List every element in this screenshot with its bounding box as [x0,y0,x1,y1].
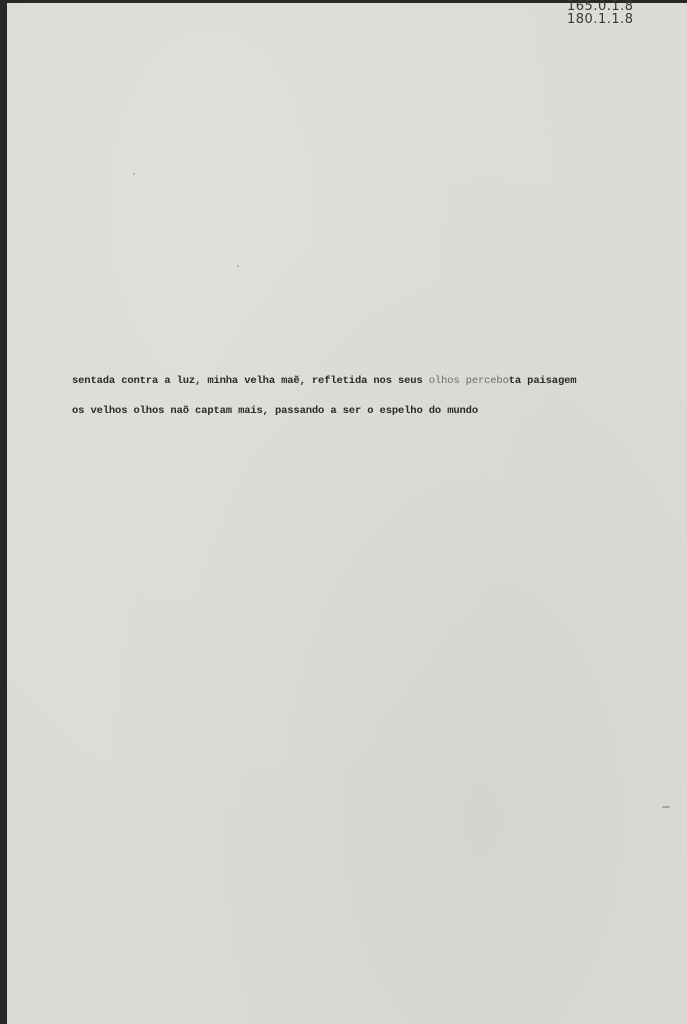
typed-line-1-faint: olhos percebo [429,375,509,387]
scanned-document: 165.0.1.8 180.1.1.8 sentada contra a luz… [0,0,687,1024]
typed-line-1-main: sentada contra a luz, minha velha maẽ, r… [72,375,429,387]
paper-speck [237,265,239,267]
typed-line-2: os velhos olhos naõ captam mais, passand… [72,402,576,432]
paper-sheet: 165.0.1.8 180.1.1.8 sentada contra a luz… [7,3,687,1024]
typed-line-2-main: os velhos olhos naõ captam mais, passand… [72,405,478,417]
paper-speck [662,806,670,808]
archive-code-2: 180.1.1.8 [567,13,634,26]
typed-line-1: sentada contra a luz, minha velha maẽ, r… [72,372,576,402]
paper-speck [133,173,135,175]
archive-reference-codes: 165.0.1.8 180.1.1.8 [567,0,634,26]
typed-line-1-tail: ta paisagem [509,375,577,387]
typewritten-text: sentada contra a luz, minha velha maẽ, r… [72,372,576,432]
